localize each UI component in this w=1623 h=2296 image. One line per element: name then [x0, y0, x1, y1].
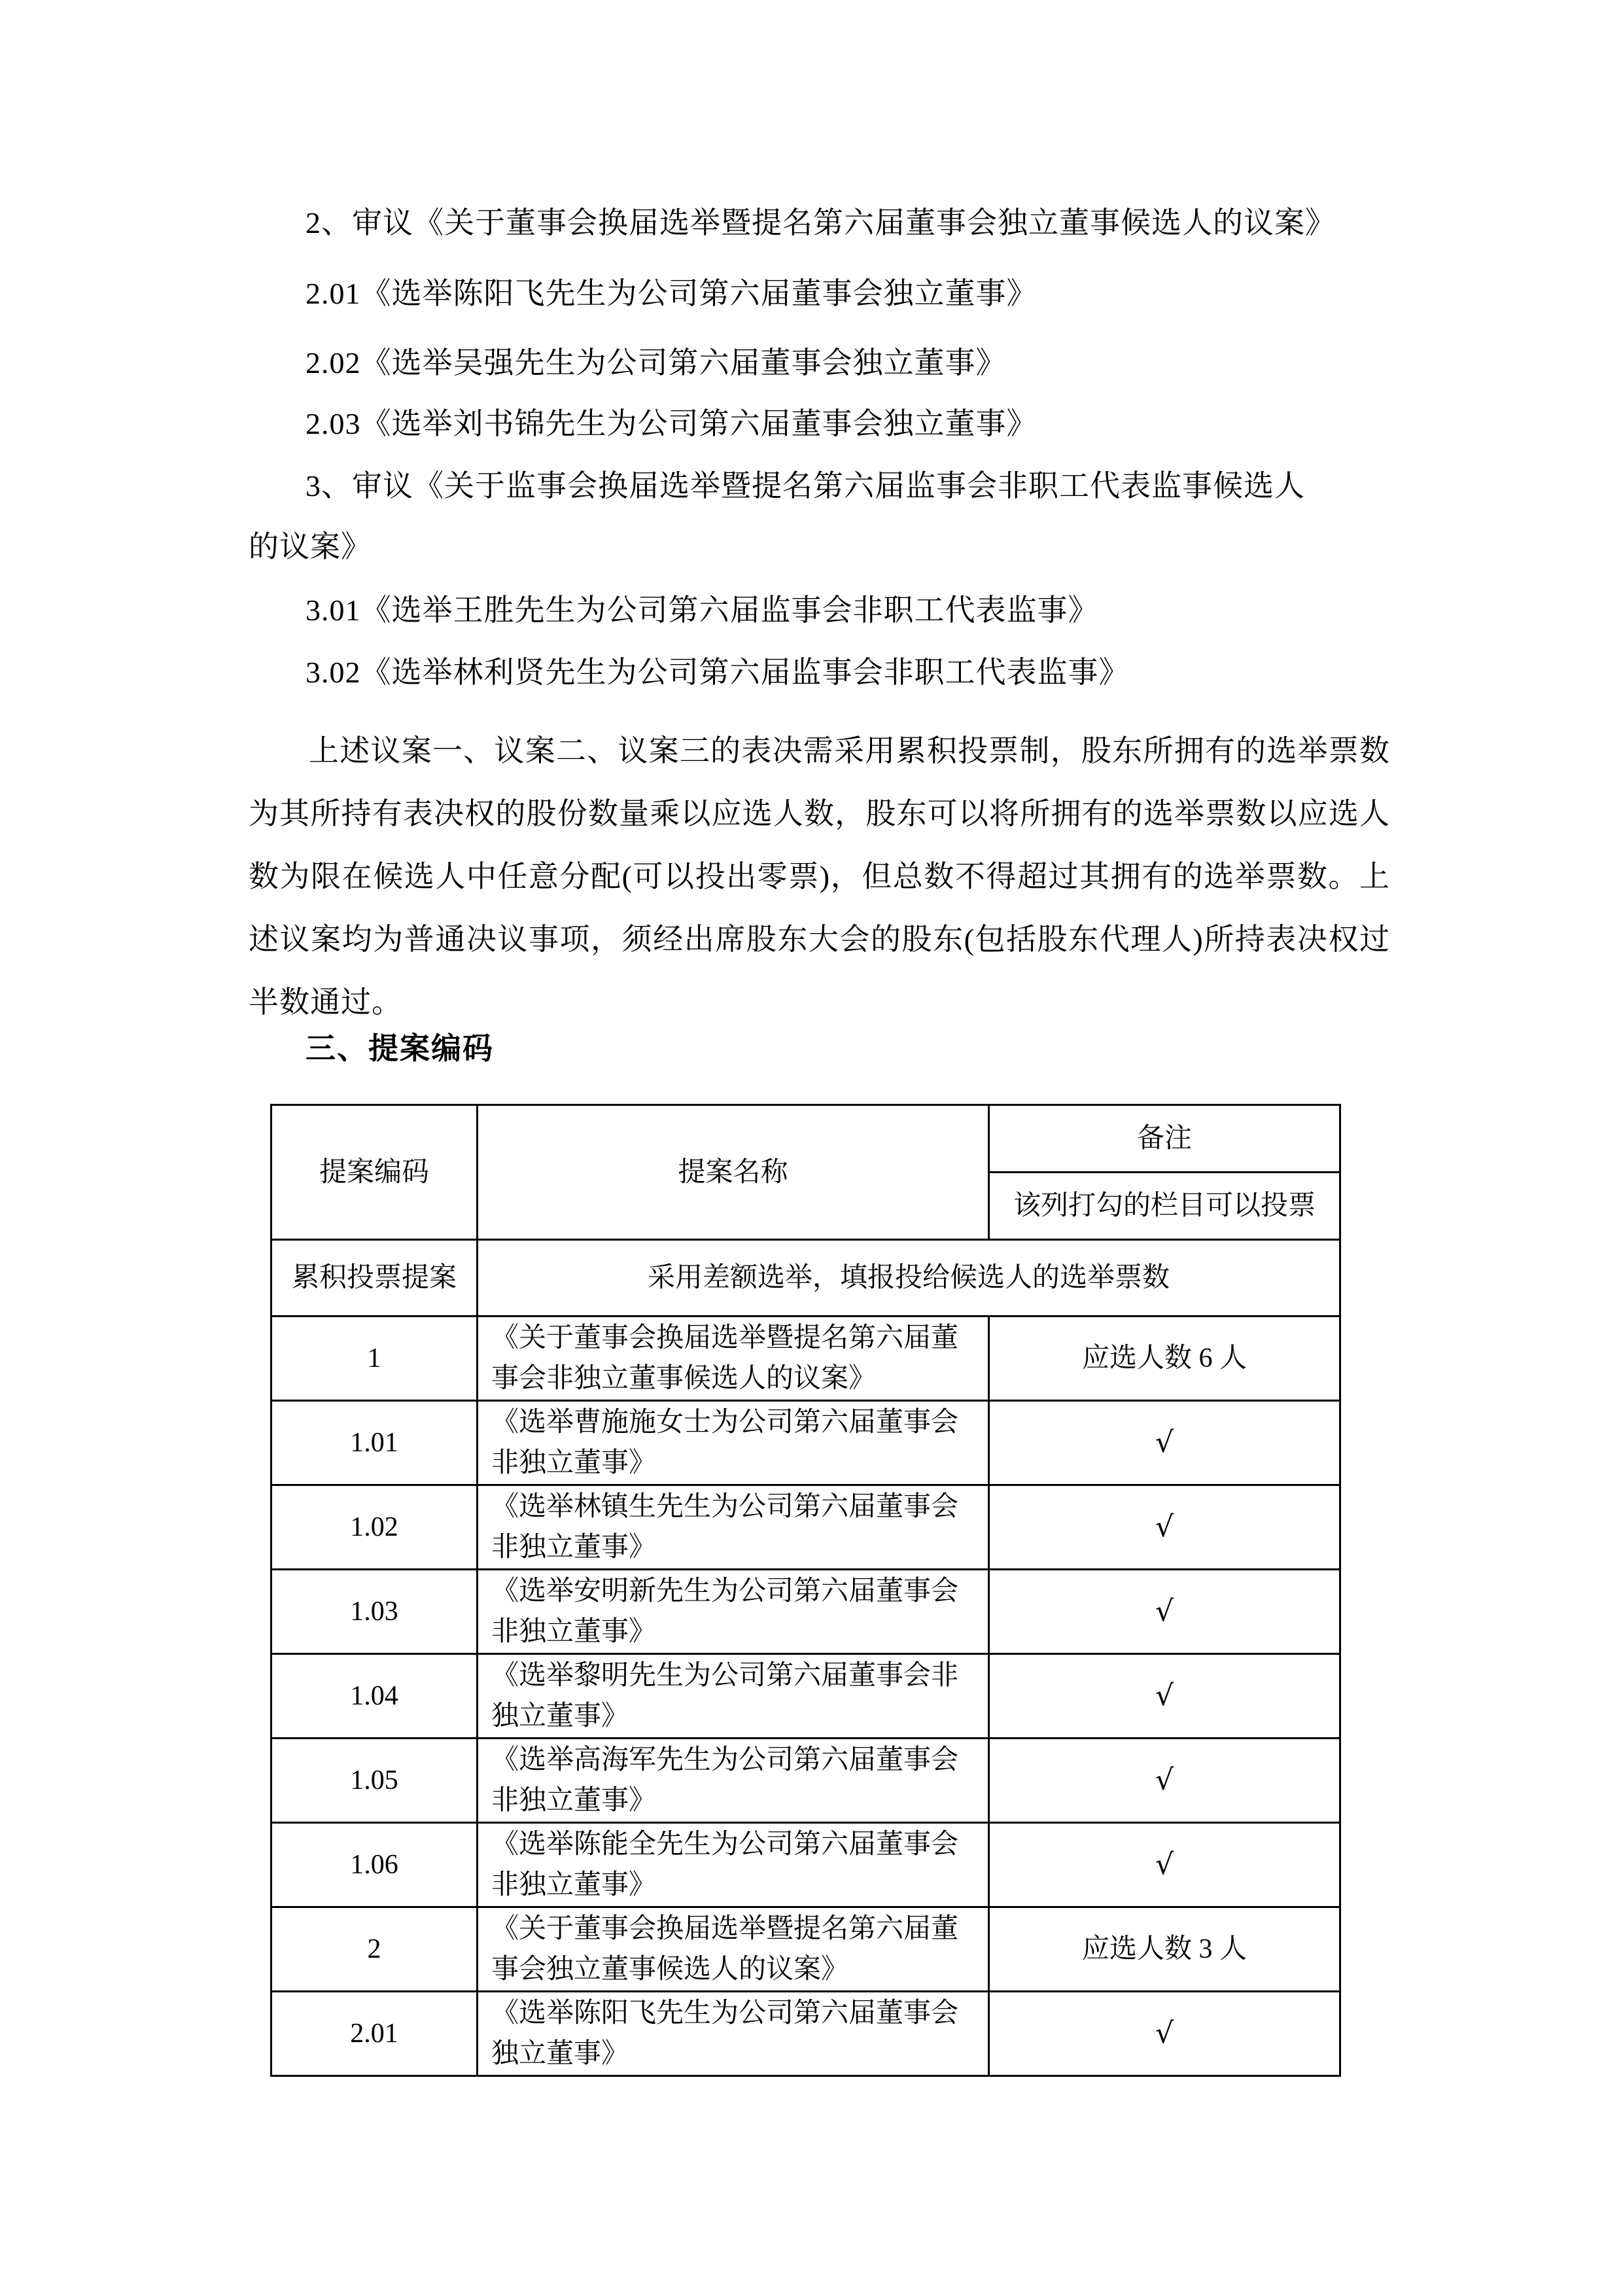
proposal-name-line2: 非独立董事》 [491, 1865, 981, 1905]
header-proposal-name: 提案名称 [478, 1105, 989, 1240]
table-row: 1.06 《选举陈能全先生为公司第六届董事会非独立董事》 √ [271, 1823, 1340, 1907]
checkmark-icon: √ [989, 1654, 1340, 1739]
proposal-name-line2: 非独立董事》 [491, 1443, 981, 1483]
table-row: 1 《关于董事会换届选举暨提名第六届董事会非独立董事候选人的议案》 应选人数 6… [271, 1316, 1340, 1401]
proposal-name-line1: 《选举曹施施女士为公司第六届董事会 [491, 1402, 981, 1443]
proposal-name-line2: 事会独立董事候选人的议案》 [491, 1949, 981, 1990]
proposal-code: 1.06 [271, 1823, 478, 1907]
cumulative-description: 采用差额选举，填报投给候选人的选举票数 [478, 1240, 1340, 1316]
proposal-name: 《选举安明新先生为公司第六届董事会非独立董事》 [478, 1570, 989, 1654]
proposal-name-line1: 《选举安明新先生为公司第六届董事会 [491, 1571, 981, 1612]
table-row: 1.03 《选举安明新先生为公司第六届董事会非独立董事》 √ [271, 1570, 1340, 1654]
table-row: 1.01 《选举曹施施女士为公司第六届董事会非独立董事》 √ [271, 1401, 1340, 1485]
proposal-code: 1.03 [271, 1570, 478, 1654]
document-page: 2、审议《关于董事会换届选举暨提名第六届董事会独立董事候选人的议案》 2.01《… [0, 0, 1623, 2296]
checkmark-icon: √ [989, 1570, 1340, 1654]
proposal-code: 1.05 [271, 1739, 478, 1823]
cumulative-voting-note: 上述议案一、议案二、议案三的表决需采用累积投票制，股东所拥有的选举票数为其所持有… [249, 720, 1390, 1034]
proposal-code: 1.02 [271, 1485, 478, 1570]
header-remark-sub: 该列打勾的栏目可以投票 [989, 1173, 1340, 1240]
agenda-item-3-line1: 3、审议《关于监事会换届选举暨提名第六届监事会非职工代表监事候选人 [305, 471, 1305, 501]
proposal-code: 2 [271, 1907, 478, 1992]
checkmark-icon: √ [989, 1401, 1340, 1485]
checkmark-icon: √ [989, 1485, 1340, 1570]
proposal-name-line1: 《选举高海军先生为公司第六届董事会 [491, 1740, 981, 1780]
proposal-name: 《选举陈阳飞先生为公司第六届董事会独立董事》 [478, 1992, 989, 2076]
proposal-name: 《选举黎明先生为公司第六届董事会非独立董事》 [478, 1654, 989, 1739]
table-row: 1.04 《选举黎明先生为公司第六届董事会非独立董事》 √ [271, 1654, 1340, 1739]
cumulative-voting-row: 累积投票提案 采用差额选举，填报投给候选人的选举票数 [271, 1240, 1340, 1316]
agenda-item-3-02: 3.02《选举林利贤先生为公司第六届监事会非职工代表监事》 [305, 658, 1130, 688]
proposal-name-line1: 《选举陈阳飞先生为公司第六届董事会 [491, 1993, 981, 2034]
proposal-code: 2.01 [271, 1992, 478, 2076]
proposal-name: 《选举林镇生先生为公司第六届董事会非独立董事》 [478, 1485, 989, 1570]
cumulative-label: 累积投票提案 [271, 1240, 478, 1316]
proposal-name-line2: 事会非独立董事候选人的议案》 [491, 1358, 981, 1399]
proposal-name-line2: 非独立董事》 [491, 1780, 981, 1821]
proposal-name-line1: 《关于董事会换届选举暨提名第六届董 [491, 1909, 981, 1949]
agenda-item-2-02: 2.02《选举吴强先生为公司第六届董事会独立董事》 [305, 348, 1007, 378]
proposal-name: 《选举曹施施女士为公司第六届董事会非独立董事》 [478, 1401, 989, 1485]
proposal-code: 1.01 [271, 1401, 478, 1485]
proposal-code: 1.04 [271, 1654, 478, 1739]
proposal-name: 《关于董事会换届选举暨提名第六届董事会独立董事候选人的议案》 [478, 1907, 989, 1992]
proposal-name-line1: 《选举林镇生先生为公司第六届董事会 [491, 1487, 981, 1527]
agenda-item-2-03: 2.03《选举刘书锦先生为公司第六届董事会独立董事》 [305, 409, 1038, 439]
proposal-name-line2: 独立董事》 [491, 1696, 981, 1737]
proposal-name-line2: 非独立董事》 [491, 1612, 981, 1652]
proposal-remark: 应选人数 3 人 [989, 1907, 1340, 1992]
proposal-name-line1: 《选举陈能全先生为公司第六届董事会 [491, 1824, 981, 1865]
proposal-name-line1: 《关于董事会换届选举暨提名第六届董 [491, 1318, 981, 1358]
proposal-name-line1: 《选举黎明先生为公司第六届董事会非 [491, 1655, 981, 1696]
agenda-item-2-01: 2.01《选举陈阳飞先生为公司第六届董事会独立董事》 [305, 279, 1038, 309]
checkmark-icon: √ [989, 1823, 1340, 1907]
header-remark: 备注 [989, 1105, 1340, 1173]
proposal-name: 《关于董事会换届选举暨提名第六届董事会非独立董事候选人的议案》 [478, 1316, 989, 1401]
proposal-name-line2: 独立董事》 [491, 2034, 981, 2074]
agenda-item-3-01: 3.01《选举王胜先生为公司第六届监事会非职工代表监事》 [305, 595, 1099, 626]
proposal-name: 《选举高海军先生为公司第六届董事会非独立董事》 [478, 1739, 989, 1823]
table-row: 2.01 《选举陈阳飞先生为公司第六届董事会独立董事》 √ [271, 1992, 1340, 2076]
proposal-code: 1 [271, 1316, 478, 1401]
header-proposal-code: 提案编码 [271, 1105, 478, 1240]
proposal-remark: 应选人数 6 人 [989, 1316, 1340, 1401]
table-row: 1.02 《选举林镇生先生为公司第六届董事会非独立董事》 √ [271, 1485, 1340, 1570]
table-header-row: 提案编码 提案名称 备注 [271, 1105, 1340, 1173]
proposal-code-table: 提案编码 提案名称 备注 该列打勾的栏目可以投票 累积投票提案 采用差额选举，填… [270, 1104, 1341, 2077]
table-row: 1.05 《选举高海军先生为公司第六届董事会非独立董事》 √ [271, 1739, 1340, 1823]
section-heading: 三、提案编码 [305, 1034, 494, 1064]
agenda-item-2: 2、审议《关于董事会换届选举暨提名第六届董事会独立董事候选人的议案》 [305, 208, 1336, 238]
checkmark-icon: √ [989, 1739, 1340, 1823]
agenda-item-3-line2: 的议案》 [249, 532, 372, 562]
proposal-name-line2: 非独立董事》 [491, 1527, 981, 1568]
checkmark-icon: √ [989, 1992, 1340, 2076]
proposal-name: 《选举陈能全先生为公司第六届董事会非独立董事》 [478, 1823, 989, 1907]
table-row: 2 《关于董事会换届选举暨提名第六届董事会独立董事候选人的议案》 应选人数 3 … [271, 1907, 1340, 1992]
